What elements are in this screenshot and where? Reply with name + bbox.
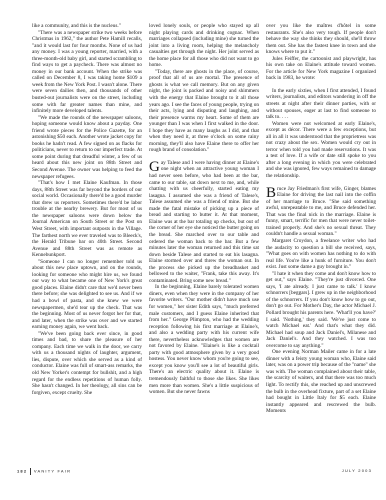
paragraph: loved lonely souls, or people who stayed… bbox=[149, 23, 259, 69]
paragraph: "There was a newspaper strike two weeks … bbox=[32, 30, 142, 115]
dropcap-paragraph: Gay Talese and I were having dinner at E… bbox=[149, 160, 259, 284]
drop-cap: G bbox=[149, 161, 160, 173]
text-column-1: like a community, and this is the nucleu… bbox=[32, 23, 142, 396]
text-column-2: loved lonely souls, or people who stayed… bbox=[149, 23, 259, 396]
dropcap-paragraph: Bruce Jay Friedman's first wife, Ginger,… bbox=[266, 186, 376, 238]
paragraph: "That's how I met Elaine Kaufman. In tho… bbox=[32, 180, 142, 259]
page-number: 182 bbox=[17, 469, 27, 474]
paragraph: "We made the rounds of the newspaper sal… bbox=[32, 115, 142, 180]
paragraph: Margaret Croydon, a freelance writer who… bbox=[266, 238, 376, 271]
text-column-3: over you like the maîtres d'hôtel in som… bbox=[266, 23, 376, 415]
dropcap-paragraph-text: ruce Jay Friedman's first wife, Ginger, … bbox=[266, 186, 376, 238]
paragraph: One evening Norman Mailer came in for a … bbox=[266, 349, 376, 414]
dropcap-paragraph-text: ay Talese and I were having dinner at El… bbox=[149, 160, 259, 284]
page-footer-left: 182VANITY FAIR bbox=[17, 468, 71, 475]
paragraph: "We've been going back ever since, in go… bbox=[32, 331, 142, 396]
magazine-page: like a community, and this is the nucleu… bbox=[0, 0, 386, 500]
paragraph: "Today, there are ghosts in the place, o… bbox=[149, 69, 259, 154]
paragraph: "Someone I can no longer remember told u… bbox=[32, 259, 142, 331]
paragraph: Jules Feiffer, the cartoonist and playwr… bbox=[266, 56, 376, 82]
paragraph: over you like the maîtres d'hôtel in som… bbox=[266, 23, 376, 56]
magazine-name: VANITY FAIR bbox=[34, 469, 71, 474]
paragraph: In the beginning, Elaine barely tolerate… bbox=[149, 284, 259, 395]
paragraph: "I hate it when they come and don't know… bbox=[266, 271, 376, 350]
block-quote: In the early sixties, when I first atten… bbox=[266, 88, 376, 121]
drop-cap: B bbox=[266, 187, 276, 199]
footer-divider bbox=[30, 468, 31, 475]
issue-date: JULY 2003 bbox=[342, 468, 372, 473]
block-quote: Women were not welcomed at early Elaine'… bbox=[266, 121, 376, 180]
